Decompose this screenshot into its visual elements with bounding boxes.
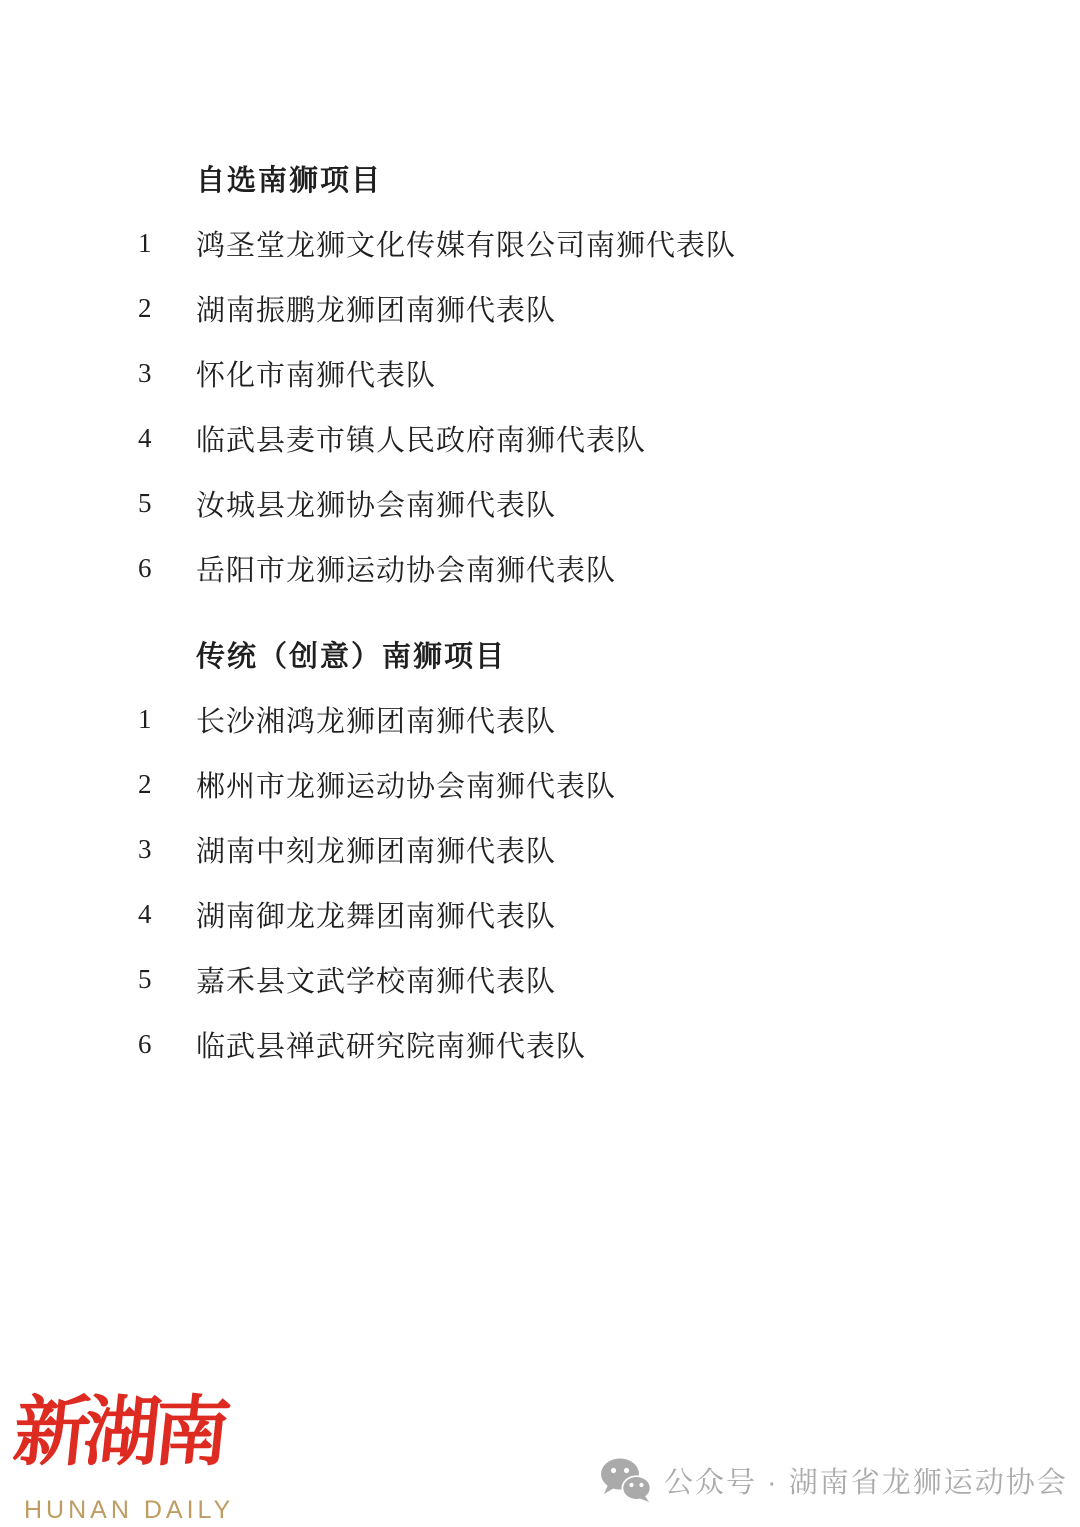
team-name: 嘉禾县文武学校南狮代表队: [196, 959, 556, 1000]
item-number: 1: [138, 704, 196, 735]
item-number: 5: [138, 964, 196, 995]
item-number: 6: [138, 1029, 196, 1060]
item-number: 2: [138, 293, 196, 324]
team-list: 自选南狮项目1鸿圣堂龙狮文化传媒有限公司南狮代表队2湖南振鹏龙狮团南狮代表队3怀…: [138, 146, 948, 1077]
team-list-item: 6岳阳市龙狮运动协会南狮代表队: [138, 536, 948, 601]
item-number: 3: [138, 834, 196, 865]
item-number: 6: [138, 553, 196, 584]
team-list-item: 6临武县禅武研究院南狮代表队: [138, 1012, 948, 1077]
wechat-watermark-text: 公众号 · 湖南省龙狮运动协会: [664, 1460, 1068, 1501]
team-name: 汝城县龙狮协会南狮代表队: [196, 483, 556, 524]
item-number: 1: [138, 228, 196, 259]
team-list-item: 3怀化市南狮代表队: [138, 341, 948, 406]
team-name: 湖南振鹏龙狮团南狮代表队: [196, 288, 556, 329]
team-list-item: 5汝城县龙狮协会南狮代表队: [138, 471, 948, 536]
item-number: 3: [138, 358, 196, 389]
team-list-item: 1鸿圣堂龙狮文化传媒有限公司南狮代表队: [138, 211, 948, 276]
team-name: 鸿圣堂龙狮文化传媒有限公司南狮代表队: [196, 223, 736, 264]
team-list-item: 2郴州市龙狮运动协会南狮代表队: [138, 752, 948, 817]
item-number: 2: [138, 769, 196, 800]
item-number: 5: [138, 488, 196, 519]
hunan-daily-logo-en: HUNAN DAILY: [24, 1496, 234, 1525]
team-list-item: 4湖南御龙龙舞团南狮代表队: [138, 882, 948, 947]
wechat-icon: [600, 1458, 652, 1502]
team-name: 湖南中刻龙狮团南狮代表队: [196, 829, 556, 870]
team-list-item: 1长沙湘鸿龙狮团南狮代表队: [138, 687, 948, 752]
team-name: 岳阳市龙狮运动协会南狮代表队: [196, 548, 616, 589]
team-name: 郴州市龙狮运动协会南狮代表队: [196, 764, 616, 805]
team-name: 怀化市南狮代表队: [196, 353, 436, 394]
item-number: 4: [138, 423, 196, 454]
team-name: 临武县禅武研究院南狮代表队: [196, 1024, 586, 1065]
team-list-item: 2湖南振鹏龙狮团南狮代表队: [138, 276, 948, 341]
section-heading: 自选南狮项目: [138, 146, 948, 211]
team-name: 长沙湘鸿龙狮团南狮代表队: [196, 699, 556, 740]
team-list-item: 5嘉禾县文武学校南狮代表队: [138, 947, 948, 1012]
team-name: 临武县麦市镇人民政府南狮代表队: [196, 418, 646, 459]
section-heading: 传统（创意）南狮项目: [138, 622, 948, 687]
team-name: 湖南御龙龙舞团南狮代表队: [196, 894, 556, 935]
team-list-item: 4临武县麦市镇人民政府南狮代表队: [138, 406, 948, 471]
wechat-watermark: 公众号 · 湖南省龙狮运动协会: [600, 1458, 1068, 1502]
item-number: 4: [138, 899, 196, 930]
team-list-item: 3湖南中刻龙狮团南狮代表队: [138, 817, 948, 882]
hunan-daily-logo-cn: 新湖南: [9, 1388, 229, 1479]
